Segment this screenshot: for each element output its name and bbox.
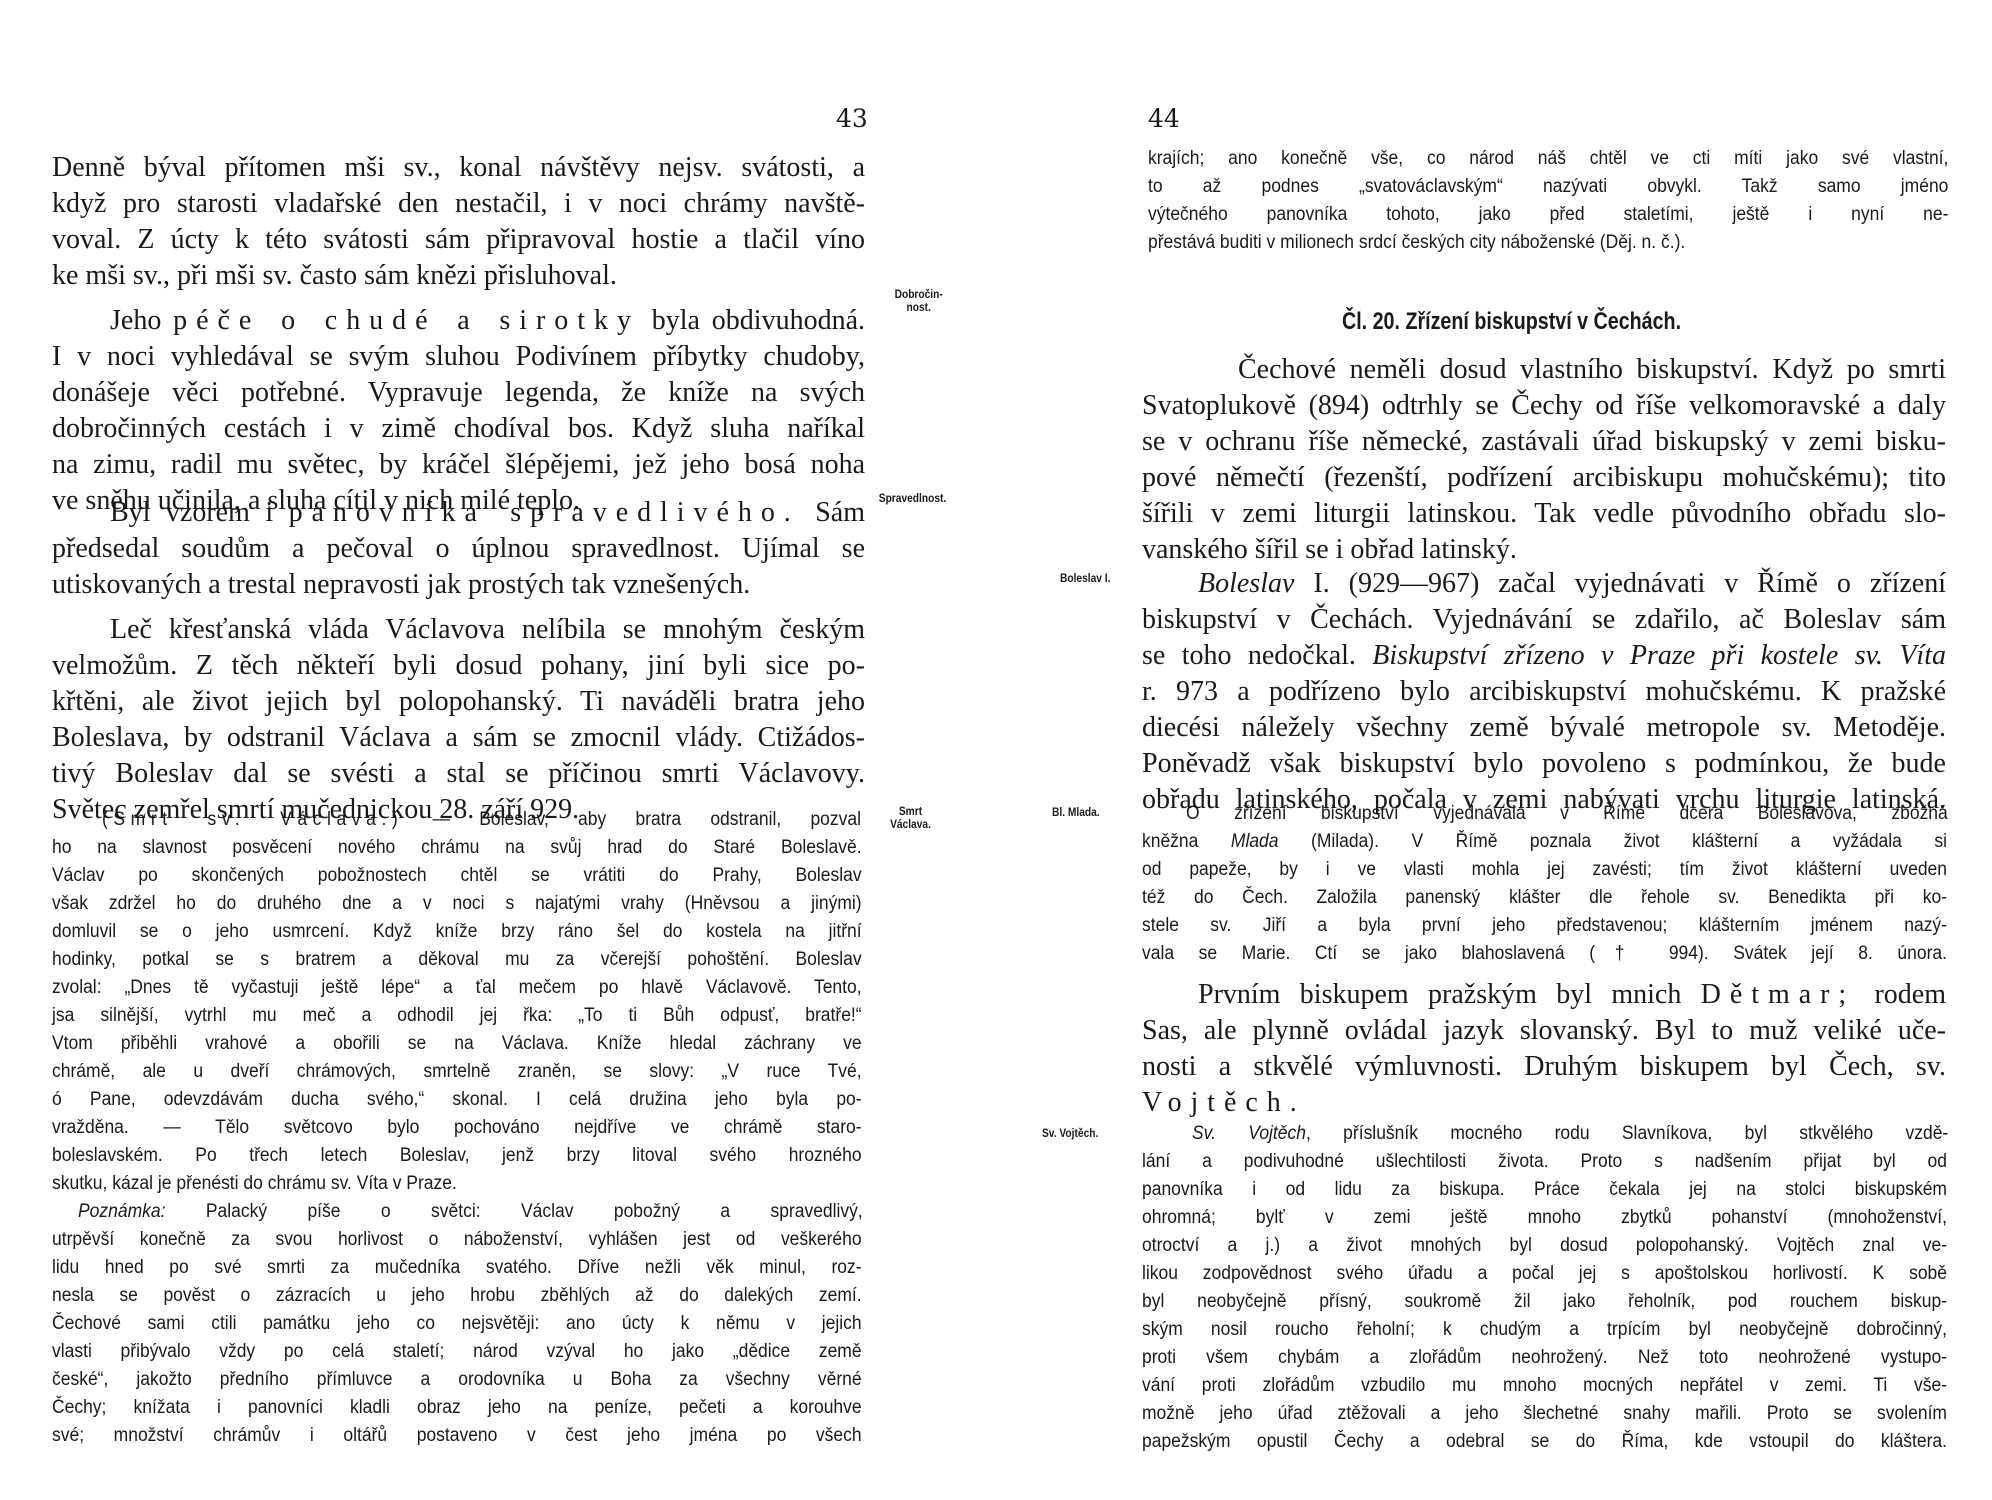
text-line: však zdržel ho do druhého dne a v noci s… [52, 890, 862, 918]
page-number: 44 [1148, 104, 1180, 133]
text-line: to až podnes „svatováclavským“ nazývati … [1148, 173, 1948, 201]
text-line: se toho nedočkal. Biskupství zřízeno v P… [1142, 638, 1946, 674]
text-line: papežským opustil Čechy a odebral se do … [1142, 1428, 1947, 1456]
text-line: Sv. Vojtěch, příslušník mocného rodu Sla… [1192, 1120, 1948, 1148]
text-line: chrámě, ale u dveří chrámových, smrtelně… [52, 1058, 862, 1086]
text-line: nosti a stkvělé výmluvnosti. Druhým bisk… [1142, 1049, 1946, 1085]
text-line: biskupství v Čechách. Vyjednávání se zda… [1142, 602, 1946, 638]
text-line: Poznámka: Palacký píše o světci: Václav … [78, 1198, 863, 1226]
text-line: byl neobyčejně přísný, soukromě žil jako… [1142, 1288, 1947, 1316]
text-line: domluvil se o jeho usmrcení. Když kníže … [52, 918, 862, 946]
text-line: křtěni, ale život jejich byl polopohansk… [52, 684, 865, 720]
text-line: krajích; ano konečně vše, co národ náš c… [1148, 145, 1948, 173]
text-line: stele sv. Jiří a byla první jeho předsta… [1142, 912, 1947, 940]
margin-note-charity: Dobročin- nost. [883, 288, 954, 314]
text-line: boleslavském. Po třech letech Boleslav, … [52, 1142, 862, 1170]
text-line: vala se Marie. Ctí se jako blahoslavená … [1142, 940, 1947, 968]
text-line: od papeže, by i ve vlasti mohla jej zavé… [1142, 856, 1947, 884]
text-line: Čechové sami ctili památku jeho co nejsv… [52, 1310, 862, 1338]
text-line: předsedal soudům a pečoval o úplnou spra… [52, 531, 865, 567]
text-line: panovníka i od lidu za biskupa. Práce če… [1142, 1176, 1947, 1204]
text-line: Vtom přiběhli vrahové a obořili se na Vá… [52, 1030, 862, 1058]
text-line: Prvním biskupem pražským byl mnich Dětma… [1198, 977, 1946, 1013]
note-label: Poznámka: [78, 1201, 165, 1222]
section-heading: Čl. 20. Zřízení biskupství v Čechách. [1342, 308, 1681, 336]
text-line: zvolal: „Dnes tě vyčastuji ještě lépe“ a… [52, 974, 862, 1002]
text-line: vlasti přibývalo vždy po celá staletí; n… [52, 1338, 862, 1366]
text-line: ó Pane, odevzdávám ducha svého,“ skonal.… [52, 1086, 862, 1114]
italic-phrase: Biskupství zřízeno v Praze při kostele s… [1372, 640, 1946, 671]
text-line: vražděna. — Tělo světcovo bylo pochováno… [52, 1114, 862, 1142]
text-line: Poněvadž však biskupství bylo povoleno s… [1142, 746, 1946, 782]
text-line: (Smrt sv. Václava.) — Boleslav, aby brat… [102, 806, 861, 834]
text-line: r. 973 a podřízeno bylo arcibiskupství m… [1142, 674, 1946, 710]
text-line: své; množství chrámův i oltářů postaveno… [52, 1422, 862, 1450]
text-line: Boleslava, by odstranil Václava a sám se… [52, 720, 865, 756]
text-line: velmožům. Z těch někteří byli dosud poha… [52, 648, 865, 684]
text-line: voval. Z úcty k této svátosti sám připra… [52, 222, 865, 258]
text-line: tivý Boleslav dal se svésti a stal se př… [52, 756, 865, 792]
text-line: Leč křesťanská vláda Václavova nelíbila … [110, 612, 865, 648]
text-line: nesla se pověst o zázracích u jeho hrobu… [52, 1282, 862, 1310]
text-line: Sas, ale plynně ovládal jazyk slovanský.… [1142, 1013, 1946, 1049]
text-line: Čechové neměli dosud vlastního biskupstv… [1238, 352, 1946, 388]
text-line: vání proti zlořádům vzbudilo mu mnoho mo… [1142, 1372, 1947, 1400]
margin-note-justice: Spravedlnost. [870, 492, 955, 505]
text-line: výtečného panovníka tohoto, jako před st… [1148, 201, 1948, 229]
text-line: se v ochranu říše německé, zastávali úřa… [1142, 424, 1946, 460]
text-line: lidu hned po své smrti za mučedníka svat… [52, 1254, 862, 1282]
text-line: diecési náležely všechny země bývalé met… [1142, 710, 1946, 746]
text-line: když pro starosti vladařské den nestačil… [52, 186, 865, 222]
text-line: utiskovaných a trestal nepravosti jak pr… [52, 567, 865, 603]
text-line: pové němečtí (řezenští, podřízení arcibi… [1142, 460, 1946, 496]
margin-note-death-of-wenceslas: Smrt Václava. [885, 805, 936, 831]
text-line: skutku, kázal je přenésti do chrámu sv. … [52, 1170, 862, 1198]
text-line: I v noci vyhledával se svým sluhou Podiv… [52, 339, 865, 375]
text-line: Byl vzorem i panovníka spravedlivého. Sá… [110, 495, 865, 531]
text-line: Boleslav I. (929—967) začal vyjednávati … [1198, 566, 1946, 602]
text-line: O zřízení biskupství vyjednávala v Římě … [1186, 800, 1948, 828]
text-line: ským nosil roucho řeholní; k chudým a tr… [1142, 1316, 1947, 1344]
text-line: ke mši sv., při mši sv. často sám knězi … [52, 258, 865, 294]
text-line: české“, jakožto předního přímluvce a oro… [52, 1366, 862, 1394]
text-line: na zimu, radil mu světec, by kráčel šlép… [52, 447, 865, 483]
text-line: Jeho péče o chudé a sirotky byla obdivuh… [52, 303, 865, 339]
text-line: otroctví a j.) a život mnohých byl dosud… [1142, 1232, 1947, 1260]
text-line: jsa silnější, vytrhl mu meč a odhodil je… [52, 1002, 862, 1030]
text-line: Vojtěch. [1142, 1085, 1542, 1121]
text-line: Václav po skončených pobožnostech chtěl … [52, 862, 862, 890]
page-43: 43 Denně býval přítomen mši sv., konal n… [0, 0, 990, 1500]
text-line: též do Čech. Založila panenský klášter d… [1142, 884, 1947, 912]
text-line: Denně býval přítomen mši sv., konal návš… [52, 150, 865, 186]
text-line: ohromná; bylť v zemi ještě mnoho zbytků … [1142, 1204, 1947, 1232]
margin-note-mlada: Bl. Mlada. [1052, 806, 1100, 819]
text-line: přestává buditi v milionech srdcí českýc… [1148, 229, 1948, 257]
margin-note-vojtech: Sv. Vojtěch. [1042, 1127, 1098, 1140]
text-line: ho na slavnost posvěcení nového chrámu n… [52, 834, 862, 862]
text-line: Čechy; knížata i panovníci kladli obraz … [52, 1394, 862, 1422]
text-line: likou zodpovědnost svého úřadu a počal j… [1142, 1260, 1947, 1288]
text-line: kněžna Mlada (Milada). V Římě poznala ži… [1142, 828, 1947, 856]
page-44: 44 krajích; ano konečně vše, co národ ná… [990, 0, 1992, 1500]
text-line: dobročinných cestách i v zimě chodíval b… [52, 411, 865, 447]
text-line: lání a podivuhodné ušlechtilosti života.… [1142, 1148, 1947, 1176]
margin-note-boleslav: Boleslav I. [1060, 572, 1110, 585]
text-line: šířili v zemi liturgii latinskou. Tak ve… [1142, 496, 1946, 532]
text-line: Svatoplukově (894) odtrhly se Čechy od ř… [1142, 388, 1946, 424]
text-line: proti všem chybám a zlořádům neohrožený.… [1142, 1344, 1947, 1372]
text-line: vanského šířil se i obřad latinský. [1142, 532, 1946, 568]
text-line: hodinky, potkal se s bratrem a děkoval m… [52, 946, 862, 974]
text-line: utrpěvší konečně za svou horlivost o náb… [52, 1226, 862, 1254]
text-line: donášeje věci potřebné. Vypravuje legend… [52, 375, 865, 411]
page-number: 43 [836, 104, 868, 133]
spaced-emphasis: péče o chudé a sirotky [173, 305, 640, 336]
text-line: možně jeho úřad ztěžovali a jeho šlechet… [1142, 1400, 1947, 1428]
